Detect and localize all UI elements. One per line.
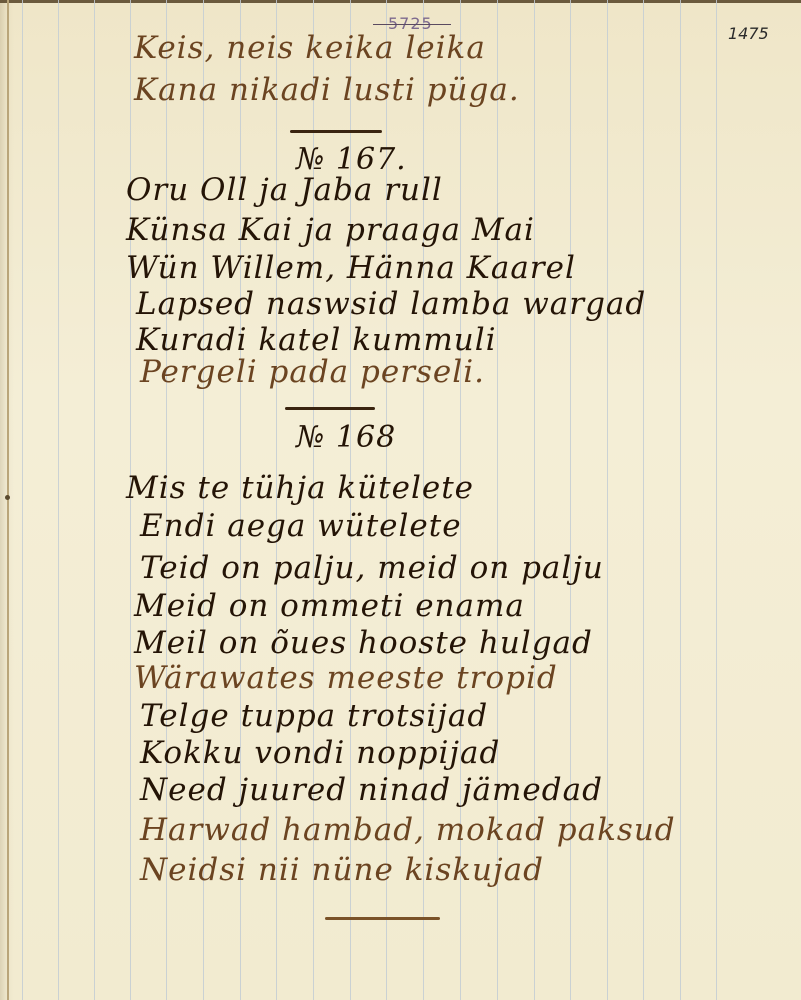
ruled-line xyxy=(643,0,644,1000)
section-separator xyxy=(290,130,382,133)
ruled-line xyxy=(716,0,717,1000)
song-168-line-1: Mis te tühja kütelete xyxy=(126,470,474,506)
song-168-line-6: Wärawates meeste tropid xyxy=(134,660,558,696)
song-168-line-5: Meil on õues hooste hulgad xyxy=(134,625,593,661)
ruled-line xyxy=(680,0,681,1000)
song-167-line-3: Wün Willem, Hänna Kaarel xyxy=(126,250,576,286)
ruled-line xyxy=(534,0,535,1000)
ruled-line xyxy=(22,0,23,1000)
song-168-line-11: Neidsi nii nüne kiskujad xyxy=(140,852,544,888)
continuation-line-1: Keis, neis keika leika xyxy=(134,30,486,66)
section-separator xyxy=(285,407,375,410)
song-168-line-2: Endi aega wütelete xyxy=(140,508,462,544)
page-binding-edge xyxy=(7,0,9,1000)
continuation-line-2: Kana nikadi lusti püga. xyxy=(134,72,520,108)
page-number: 1475 xyxy=(728,24,769,43)
song-167-line-4: Lapsed naswsid lamba wargad xyxy=(136,286,646,322)
song-168-line-8: Kokku vondi noppijad xyxy=(140,735,500,771)
song-167-line-1: Oru Oll ja Jaba rull xyxy=(126,172,443,208)
ruled-line xyxy=(570,0,571,1000)
song-168-line-10: Harwad hambad, mokad paksud xyxy=(140,812,676,848)
binding-stitch xyxy=(5,495,10,500)
ruled-line xyxy=(607,0,608,1000)
ruled-line xyxy=(94,0,95,1000)
end-separator xyxy=(325,917,440,920)
song-number-168: № 168 xyxy=(296,420,396,455)
manuscript-page: 1475 5725 Keis, neis keika leika Kana ni… xyxy=(0,0,801,1000)
song-168-line-3: Teid on palju, meid on palju xyxy=(140,550,604,586)
song-168-line-4: Meid on ommeti enama xyxy=(134,588,525,624)
ruled-line xyxy=(497,0,498,1000)
stamp-strikethrough xyxy=(373,24,451,25)
song-168-line-7: Telge tuppa trotsijad xyxy=(140,698,488,734)
ruled-line xyxy=(58,0,59,1000)
song-168-line-9: Need juured ninad jämedad xyxy=(140,772,603,808)
song-167-line-2: Künsa Kai ja praaga Mai xyxy=(126,212,535,248)
song-167-line-6: Pergeli pada perseli. xyxy=(140,354,485,390)
song-167-line-5: Kuradi katel kummuli xyxy=(136,322,497,358)
